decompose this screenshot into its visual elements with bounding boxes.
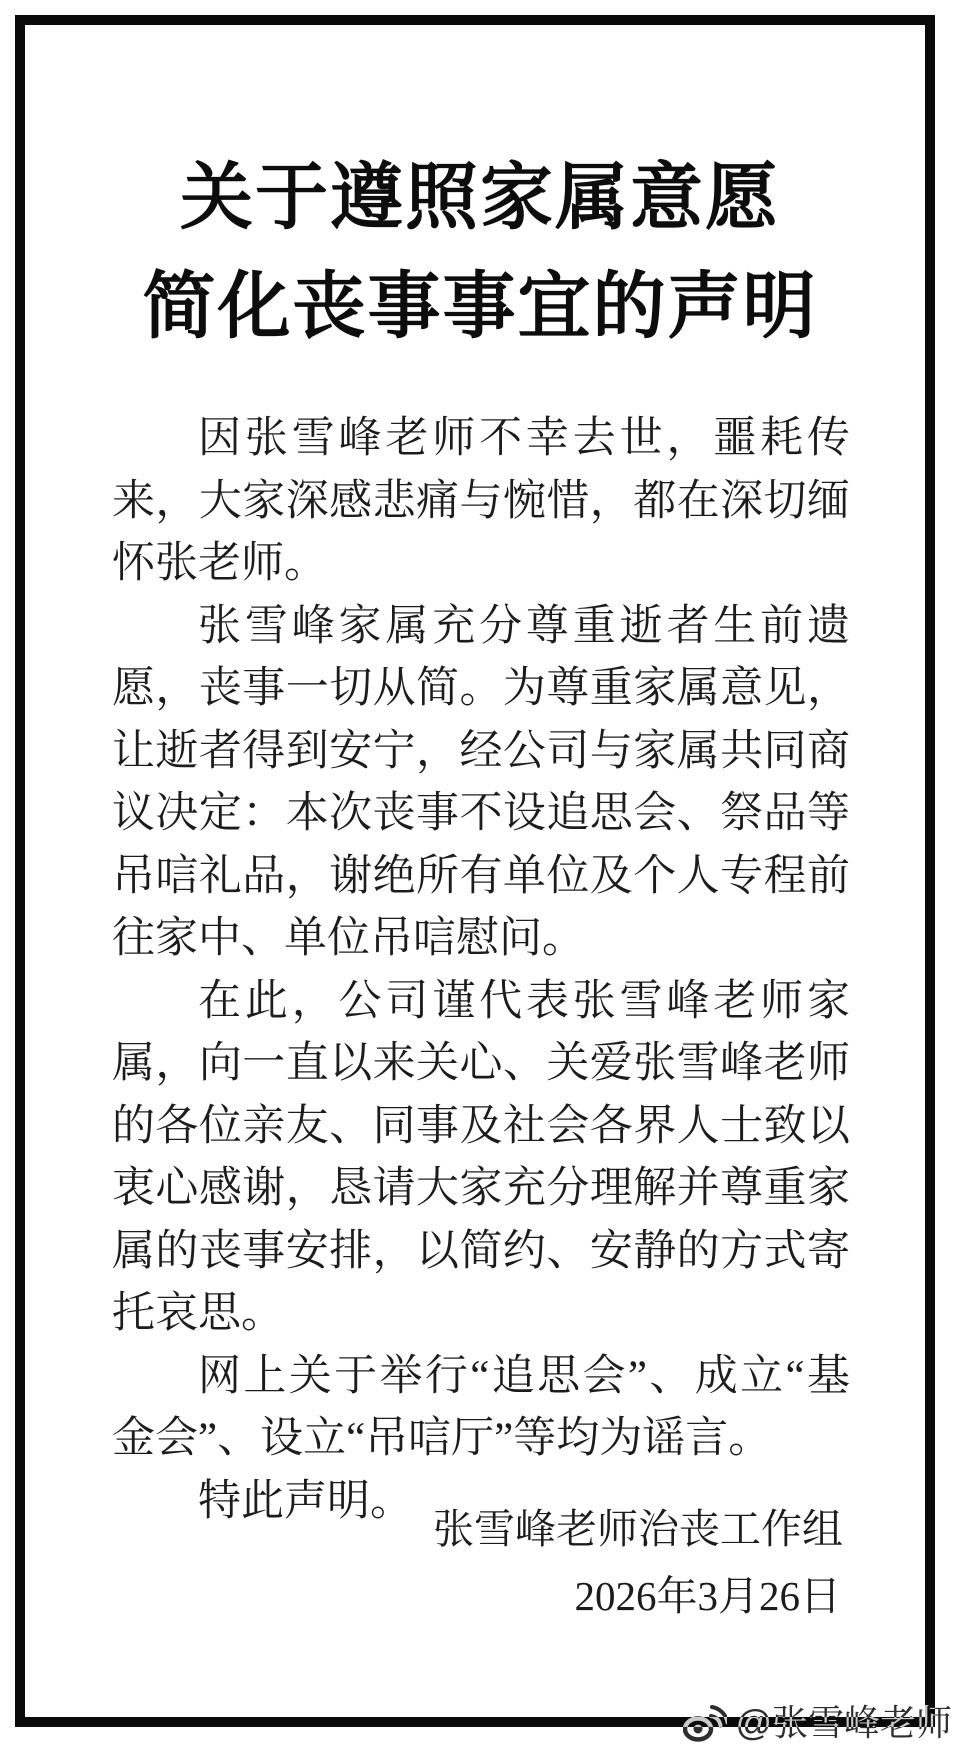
weibo-icon bbox=[683, 1704, 727, 1742]
paragraph-condolence: 因张雪峰老师不幸去世，噩耗传来，大家深感悲痛与惋惜，都在深切缅怀张老师。 bbox=[112, 408, 850, 596]
statement-document: 关于遵照家属意愿 简化丧事事宜的声明 因张雪峰老师不幸去世，噩耗传来，大家深感悲… bbox=[0, 0, 960, 1750]
paragraph-funeral-arrangement: 张雪峰家属充分尊重逝者生前遗愿，丧事一切从简。为尊重家属意见，让逝者得到安宁，经… bbox=[112, 596, 850, 971]
paragraph-thanks: 在此，公司谨代表张雪峰老师家属，向一直以来关心、关爱张雪峰老师的各位亲友、同事及… bbox=[112, 971, 850, 1346]
weibo-watermark-text: @张雪峰老师 bbox=[735, 1703, 952, 1743]
document-title: 关于遵照家属意愿 简化丧事事宜的声明 bbox=[0, 143, 960, 361]
signature-date: 2026年3月26日 bbox=[433, 1563, 843, 1630]
signature-block: 张雪峰老师治丧工作组 2026年3月26日 bbox=[433, 1496, 843, 1630]
weibo-watermark: @张雪峰老师 bbox=[683, 1703, 952, 1743]
paragraph-rumor-denial: 网上关于举行“追思会”、成立“基金会”、设立“吊唁厅”等均为谣言。 bbox=[112, 1346, 850, 1471]
document-title-line-2: 简化丧事事宜的声明 bbox=[0, 252, 960, 361]
document-title-line-1: 关于遵照家属意愿 bbox=[0, 143, 960, 252]
document-body: 因张雪峰老师不幸去世，噩耗传来，大家深感悲痛与惋惜，都在深切缅怀张老师。 张雪峰… bbox=[112, 408, 850, 1533]
signature-org: 张雪峰老师治丧工作组 bbox=[433, 1496, 843, 1563]
